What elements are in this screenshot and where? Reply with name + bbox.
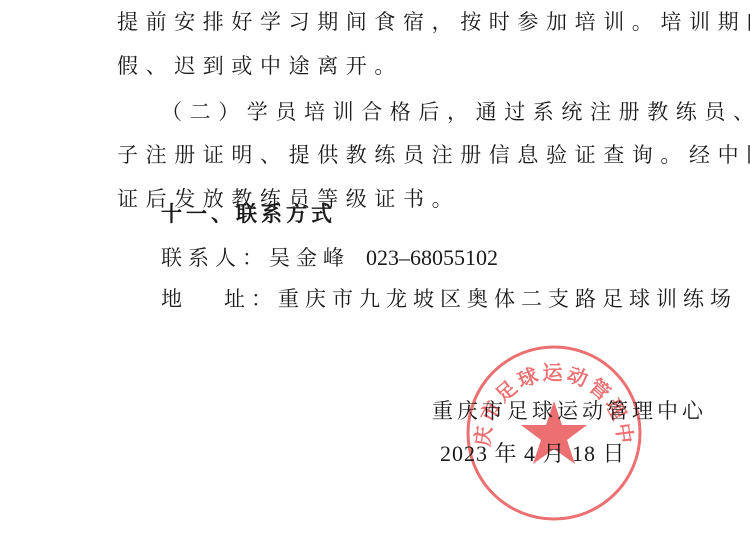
contact-address: 重庆市九龙坡区奥体二支路足球训练场 [278,287,737,311]
paragraph-line: （二）学员培训合格后，通过系统注册教练员、生成电 [161,97,750,127]
contact-address-row: 地址：重庆市九龙坡区奥体二支路足球训练场 [161,284,737,314]
signature-organization: 重庆市足球运动管理中心 [432,396,707,426]
address-label-part2: 址： [224,287,278,311]
address-label-part1: 地 [161,287,188,311]
contact-person-label: 联系人： [161,246,269,270]
signature-date: 2023 年 4 月 18 日 [440,439,626,469]
paragraph-line: 子注册证明、提供教练员注册信息验证查询。经中国足协认 [117,140,750,170]
contact-person-name: 吴金峰 [269,246,350,270]
paragraph-line: 提前安排好学习期间食宿，按时参加培训。培训期间不得请 [117,7,750,37]
contact-phone: 023–68055102 [366,245,498,270]
contact-person-row: 联系人：吴金峰023–68055102 [161,243,498,273]
official-seal-stamp: 重庆市足球运动管理中心 [463,343,645,523]
section-heading: 十一、联系方式 [161,199,336,229]
paragraph-line: 假、迟到或中途离开。 [117,51,403,81]
